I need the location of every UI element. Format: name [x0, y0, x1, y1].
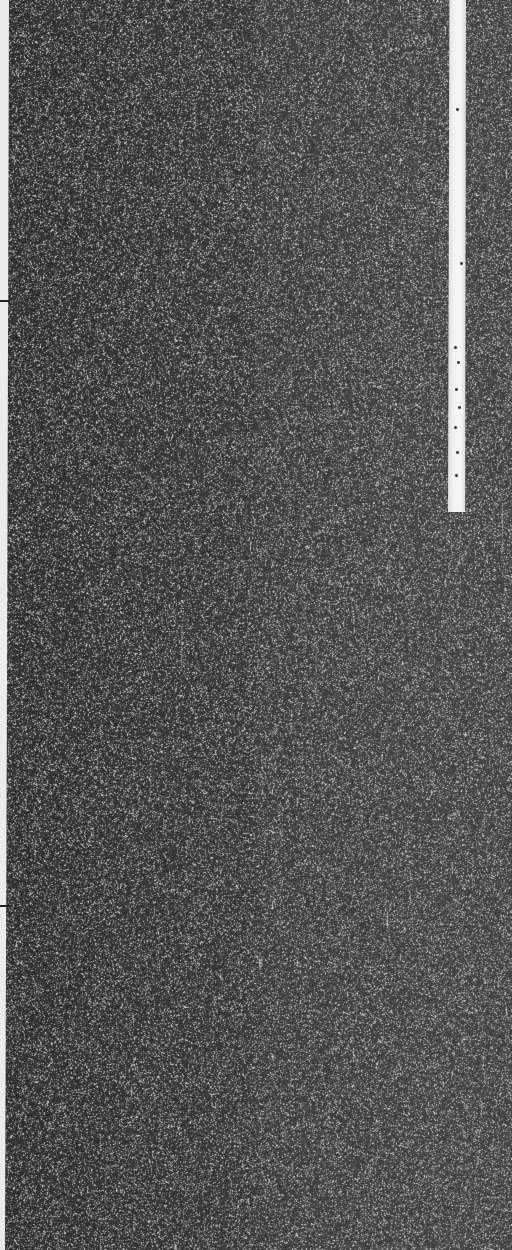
paint-wear	[456, 451, 459, 454]
paint-wear	[454, 426, 457, 429]
paint-wear	[454, 346, 457, 349]
edge-crack	[0, 905, 10, 907]
asphalt-texture	[0, 0, 512, 1250]
paint-wear	[457, 361, 460, 364]
paint-wear	[455, 388, 458, 391]
paint-wear	[460, 262, 463, 265]
paint-wear	[455, 474, 458, 477]
edge-crack	[0, 300, 10, 302]
paint-wear	[458, 406, 461, 409]
lane-marking-dash	[448, 0, 466, 512]
paint-wear	[456, 108, 459, 111]
asphalt-road	[0, 0, 512, 1250]
